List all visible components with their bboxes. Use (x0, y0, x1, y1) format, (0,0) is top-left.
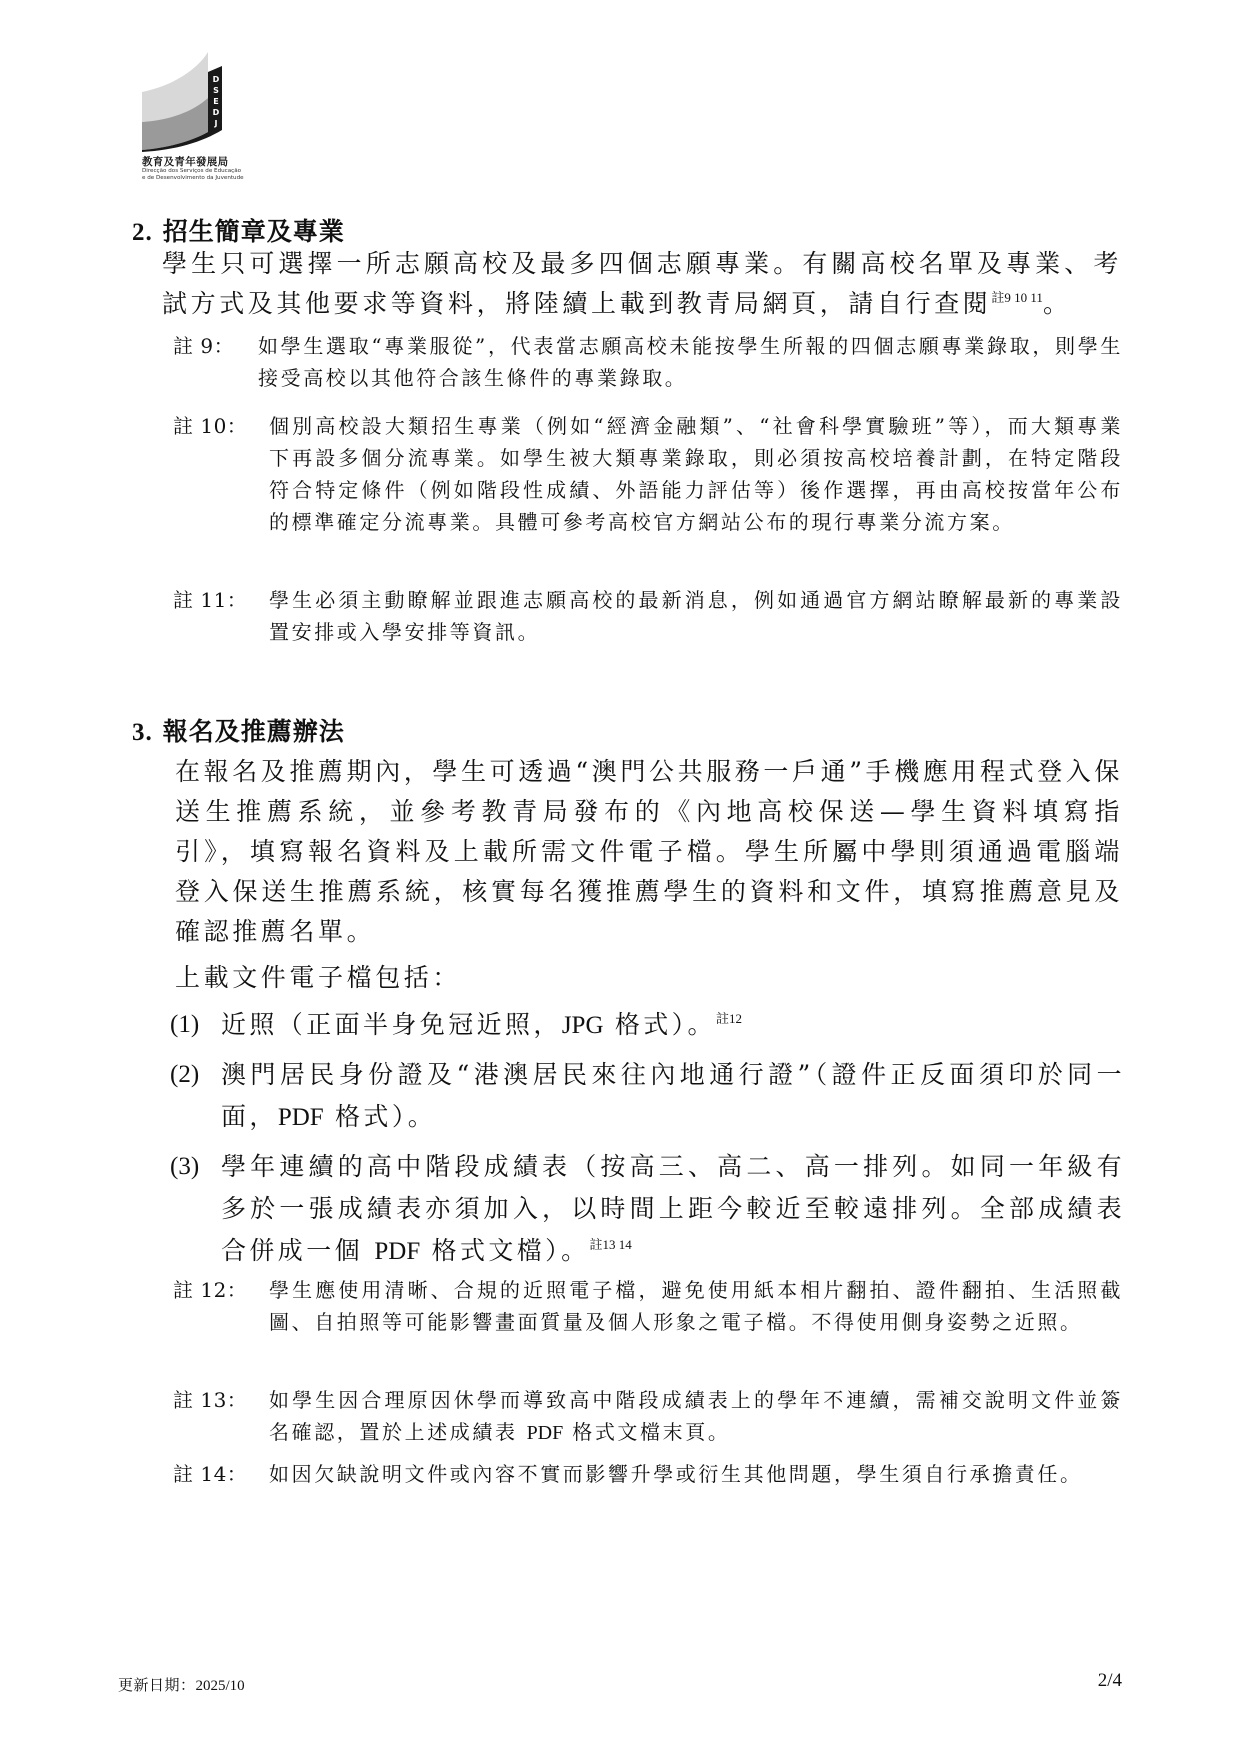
note-10: 註 10： 個別高校設大類招生專業（例如“經濟金融類”、“社會科學實驗班”等），… (173, 410, 1123, 538)
note-label: 註 13： (173, 1384, 269, 1449)
note-label: 註 11： (173, 584, 269, 648)
note-12: 註 12： 學生應使用清晰、合規的近照電子檔，避免使用紙本相片翻拍、證件翻拍、生… (173, 1274, 1123, 1338)
note-11: 註 11： 學生必須主動瞭解並跟進志願高校的最新消息，例如通過官方網站瞭解最新的… (173, 584, 1123, 648)
list-item-2: (2) 澳門居民身份證及“港澳居民來往內地通行證”（證件正反面須印於同一面，PD… (170, 1054, 1125, 1139)
svg-text:D: D (213, 108, 220, 117)
note-text: 如學生因合理原因休學而導致高中階段成績表上的學年不連續，需補交說明文件並簽名確認… (269, 1384, 1123, 1449)
note-text: 學生應使用清晰、合規的近照電子檔，避免使用紙本相片翻拍、證件翻拍、生活照截圖、自… (269, 1274, 1123, 1338)
section-2-heading: 2.招生簡章及專業 (132, 212, 345, 248)
section-3-title: 報名及推薦辦法 (163, 717, 345, 746)
list-item-3: (3) 學年連續的高中階段成績表（按高三、高二、高一排列。如同一年級有多於一張成… (170, 1146, 1125, 1273)
note-text: 學生必須主動瞭解並跟進志願高校的最新消息，例如通過官方網站瞭解最新的專業設置安排… (269, 584, 1123, 648)
note-14: 註 14： 如因欠缺說明文件或內容不實而影響升學或衍生其他問題，學生須自行承擔責… (173, 1458, 1123, 1490)
logo-emblem-icon: D S E D J (142, 52, 250, 152)
svg-text:J: J (214, 119, 218, 128)
footnote-ref-12: 註12 (716, 1011, 742, 1026)
list-item-1: (1) 近照（正面半身免冠近照，JPG 格式）。註12 (170, 1004, 1125, 1047)
logo-name-portuguese: Direcção dos Serviços de Educação e de D… (142, 168, 262, 181)
page-number: 2/4 (1098, 1670, 1122, 1692)
footnote-ref-13-14: 註13 14 (589, 1237, 631, 1252)
note-label: 註 10： (173, 410, 269, 538)
svg-text:D: D (213, 75, 220, 84)
note-text: 如學生選取“專業服從”，代表當志願高校未能按學生所報的四個志願專業錄取，則學生接… (258, 330, 1123, 394)
note-text: 如因欠缺說明文件或內容不實而影響升學或衍生其他問題，學生須自行承擔責任。 (269, 1458, 1123, 1490)
logo-name-chinese: 教育及青年發展局 (142, 154, 252, 169)
footer-updated-date: 更新日期：2025/10 (118, 1674, 245, 1695)
section-3-paragraph: 在報名及推薦期內，學生可透過“澳門公共服務一戶通”手機應用程式登入保送生推薦系統… (175, 752, 1123, 952)
upload-intro: 上載文件電子檔包括： (175, 958, 1123, 998)
section-2-title: 招生簡章及專業 (163, 217, 345, 246)
footnote-ref-9-10-11: 註9 10 11 (991, 290, 1043, 305)
note-text: 個別高校設大類招生專業（例如“經濟金融類”、“社會科學實驗班”等），而大類專業下… (269, 410, 1123, 538)
svg-text:S: S (213, 86, 219, 95)
note-9: 註 9： 如學生選取“專業服從”，代表當志願高校未能按學生所報的四個志願專業錄取… (173, 330, 1123, 394)
note-label: 註 14： (173, 1458, 269, 1490)
section-3-heading: 3.報名及推薦辦法 (132, 712, 345, 748)
section-2-paragraph: 學生只可選擇一所志願高校及最多四個志願專業。有關高校名單及專業、考試方式及其他要… (162, 244, 1122, 324)
note-label: 註 12： (173, 1274, 269, 1338)
svg-text:E: E (213, 97, 218, 106)
note-label: 註 9： (173, 330, 258, 394)
document-page: D S E D J 教育及青年發展局 Direcção dos Serviços… (0, 0, 1240, 1753)
note-13: 註 13： 如學生因合理原因休學而導致高中階段成績表上的學年不連續，需補交說明文… (173, 1384, 1123, 1449)
